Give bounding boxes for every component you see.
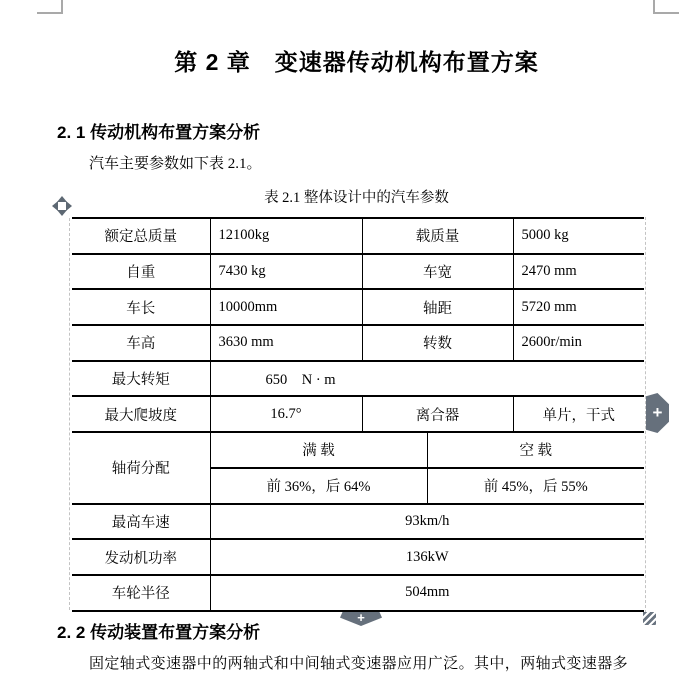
section-2-2-heading[interactable]: 2. 2 传动装置布置方案分析 <box>57 618 260 643</box>
table-cell[interactable]: 2470 mm <box>513 254 644 290</box>
table-row: 车长 10000mm 轴距 5720 mm <box>72 289 644 325</box>
table-cell[interactable]: 10000mm <box>210 289 362 325</box>
table-cell[interactable]: 最大转矩 <box>72 361 210 397</box>
table-cell[interactable]: 12100kg <box>210 218 362 254</box>
table-cell[interactable]: 车长 <box>72 289 210 325</box>
chapter-title[interactable]: 第 2 章 变速器传动机构布置方案 <box>60 44 653 77</box>
vehicle-parameters-table: 额定总质量 12100kg 载质量 5000 kg 自重 7430 kg 车宽 … <box>72 217 644 612</box>
table-cell[interactable]: 2600r/min <box>513 325 644 361</box>
add-column-button[interactable]: + <box>646 393 669 433</box>
table-cell[interactable]: 满 载 <box>210 432 427 468</box>
table-right-gridline-guide <box>645 217 646 613</box>
table-cell[interactable]: 5720 mm <box>513 289 644 325</box>
table-row: 发动机功率 136kW <box>72 539 644 575</box>
section-2-1-paragraph[interactable]: 汽车主要参数如下表 2.1。 <box>89 152 262 173</box>
table-cell[interactable]: 单片，干式 <box>513 396 644 432</box>
table-cell[interactable]: 最大爬坡度 <box>72 396 210 432</box>
table-row: 轴荷分配 满 载 空 载 <box>72 432 644 468</box>
table-resize-handle[interactable] <box>643 612 656 625</box>
add-row-button[interactable]: + <box>340 612 382 626</box>
table-row: 车高 3630 mm 转数 2600r/min <box>72 325 644 361</box>
page-corner-mark-top-left <box>37 0 63 14</box>
table-cell[interactable]: 3630 mm <box>210 325 362 361</box>
table-cell[interactable]: 轴荷分配 <box>72 432 210 503</box>
table-caption[interactable]: 表 2.1 整体设计中的汽车参数 <box>60 186 653 207</box>
table-row: 最高车速 93km/h <box>72 504 644 540</box>
table-row: 车轮半径 504mm <box>72 575 644 611</box>
table-cell[interactable]: 前 36%，后 64% <box>210 468 427 504</box>
arrow-left-icon <box>52 201 58 211</box>
table-row: 自重 7430 kg 车宽 2470 mm <box>72 254 644 290</box>
table-row: 额定总质量 12100kg 载质量 5000 kg <box>72 218 644 254</box>
table-cell[interactable]: 空 载 <box>427 432 644 468</box>
table-cell[interactable]: 136kW <box>210 539 644 575</box>
table-cell[interactable]: 5000 kg <box>513 218 644 254</box>
table-cell[interactable]: 发动机功率 <box>72 539 210 575</box>
section-2-2-paragraph[interactable]: 固定轴式变速器中的两轴式和中间轴式变速器应用广泛。其中，两轴式变速器多 <box>89 652 628 673</box>
table-cell[interactable]: 504mm <box>210 575 644 611</box>
table-cell[interactable]: 额定总质量 <box>72 218 210 254</box>
arrow-right-icon <box>66 201 72 211</box>
table-cell[interactable]: 93km/h <box>210 504 644 540</box>
table-cell[interactable]: 车高 <box>72 325 210 361</box>
section-2-1-heading[interactable]: 2. 1 传动机构布置方案分析 <box>57 118 260 143</box>
table-cell[interactable]: 车轮半径 <box>72 575 210 611</box>
table-cell[interactable]: 最高车速 <box>72 504 210 540</box>
table-cell[interactable]: 车宽 <box>362 254 513 290</box>
table-cell[interactable]: 轴距 <box>362 289 513 325</box>
table-cell[interactable]: 离合器 <box>362 396 513 432</box>
table-cell[interactable]: 前 45%，后 55% <box>427 468 644 504</box>
table-cell[interactable]: 转数 <box>362 325 513 361</box>
table-cell[interactable]: 载质量 <box>362 218 513 254</box>
table-cell[interactable]: 自重 <box>72 254 210 290</box>
table-row: 最大转矩 650 N · m <box>72 361 644 397</box>
table-row: 最大爬坡度 16.7° 离合器 单片，干式 <box>72 396 644 432</box>
table-cell[interactable]: 7430 kg <box>210 254 362 290</box>
table-move-handle-icon[interactable] <box>52 196 72 216</box>
table-left-gridline-guide <box>69 218 70 610</box>
page-corner-mark-top-right <box>653 0 679 14</box>
table-cell[interactable]: 650 N · m <box>210 361 644 397</box>
table-cell[interactable]: 16.7° <box>210 396 362 432</box>
